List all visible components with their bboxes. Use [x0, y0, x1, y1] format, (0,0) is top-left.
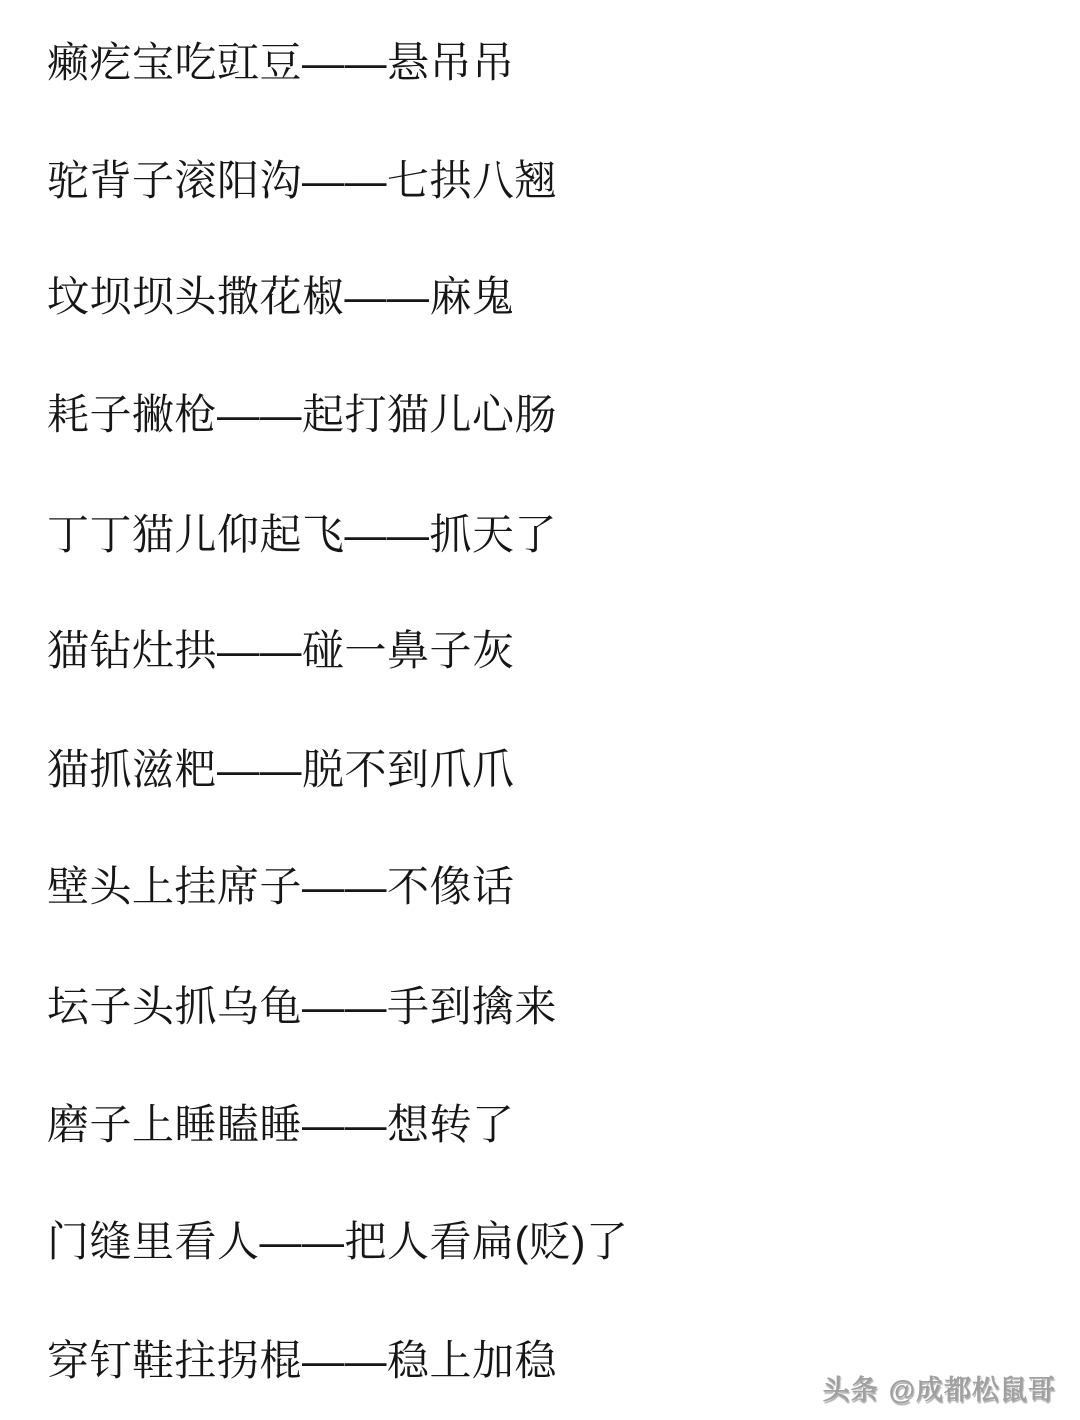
saying-line: 丁丁猫儿仰起飞——抓天了: [47, 514, 557, 556]
watermark: 头条@成都松鼠哥: [823, 1368, 1056, 1407]
page: 癞疙宝吃豇豆——悬吊吊 驼背子滚阳沟——七拱八翘 坟坝坝头撒花椒——麻鬼 耗子撇…: [0, 0, 1080, 1420]
saying-line: 门缝里看人——把人看扁(贬)了: [47, 1221, 628, 1263]
saying-line: 猫钻灶拱——碰一鼻子灰: [47, 630, 515, 672]
watermark-platform: 头条: [823, 1375, 879, 1405]
saying-line: 坟坝坝头撒花椒——麻鬼: [47, 276, 515, 318]
saying-line: 穿钉鞋拄拐棍——稳上加稳: [47, 1340, 557, 1382]
saying-line: 驼背子滚阳沟——七拱八翘: [47, 160, 557, 202]
sayings-list: 癞疙宝吃豇豆——悬吊吊 驼背子滚阳沟——七拱八翘 坟坝坝头撒花椒——麻鬼 耗子撇…: [0, 0, 1080, 1420]
saying-line: 坛子头抓乌龟——手到擒来: [47, 986, 557, 1028]
saying-line: 耗子撇枪——起打猫儿心肠: [47, 394, 557, 436]
saying-line: 壁头上挂席子——不像话: [47, 866, 515, 908]
saying-line: 猫抓滋粑——脱不到爪爪: [47, 749, 515, 791]
saying-line: 磨子上睡瞌睡——想转了: [47, 1104, 515, 1146]
watermark-handle: @成都松鼠哥: [889, 1375, 1056, 1405]
saying-line: 癞疙宝吃豇豆——悬吊吊: [47, 42, 515, 84]
